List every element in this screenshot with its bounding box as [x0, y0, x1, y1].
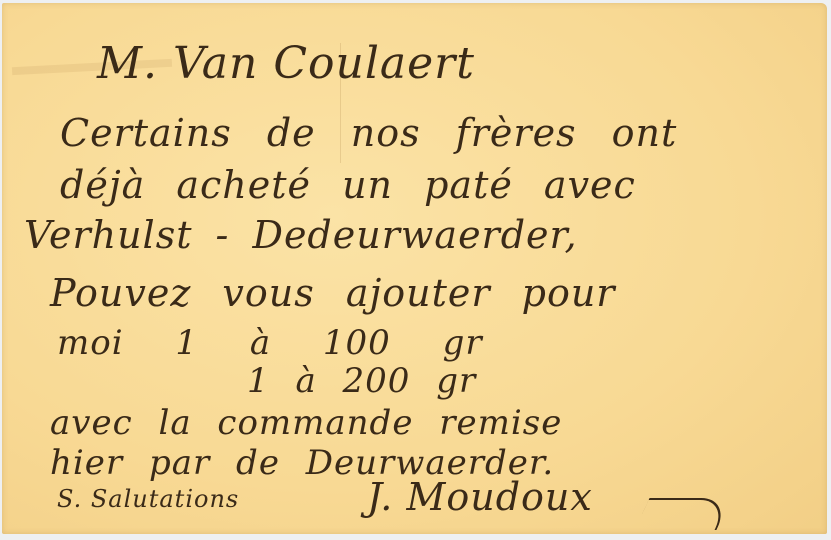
order-line-1: moi 1 à 100 gr: [57, 323, 483, 363]
order-line-2: 1 à 200 gr: [247, 361, 476, 401]
salutation-line: M. Van Coulaert: [97, 38, 475, 89]
signature: J. Moudoux: [367, 475, 593, 519]
closing-line: S. Salutations: [57, 485, 239, 513]
text-line-1: Certains de nos frères ont: [60, 111, 677, 155]
signature-flourish: [635, 498, 732, 530]
text-line-2: déjà acheté un paté avec: [60, 163, 636, 207]
text-line-3: Verhulst - Dedeurwaerder,: [24, 213, 578, 257]
postcard: M. Van Coulaert Certains de nos frères o…: [2, 3, 827, 534]
text-line-4: Pouvez vous ajouter pour: [50, 271, 615, 315]
text-line-7: avec la commande remise: [50, 403, 562, 443]
